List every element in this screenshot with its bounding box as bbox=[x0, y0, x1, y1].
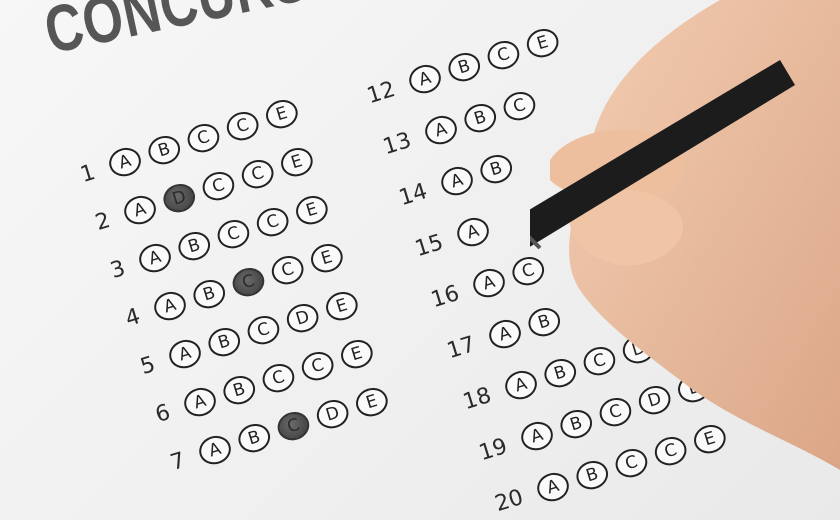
answer-bubble-a[interactable]: A bbox=[486, 316, 525, 352]
answer-sheet: CONCURSO P 1ABCCE2ADCCE3ABCCE4ABCCE5ABCD… bbox=[0, 0, 840, 520]
answer-bubble-d[interactable]: D bbox=[283, 300, 322, 336]
answer-bubble-e[interactable]: E bbox=[307, 240, 346, 276]
question-number: 1 bbox=[56, 160, 98, 194]
answer-bubble-e[interactable]: E bbox=[322, 288, 361, 324]
answer-bubble-a[interactable]: A bbox=[151, 288, 190, 324]
answer-bubble-c[interactable]: C bbox=[184, 120, 223, 156]
answer-bubble-a[interactable]: A bbox=[196, 432, 235, 468]
question-number: 15 bbox=[404, 230, 446, 264]
sheet-title: CONCURSO P bbox=[38, 0, 403, 68]
answer-bubble-b[interactable]: B bbox=[145, 132, 184, 168]
question-number: 7 bbox=[146, 448, 188, 482]
question-number: 12 bbox=[356, 77, 398, 111]
answer-bubble-a[interactable]: A bbox=[106, 144, 145, 180]
answer-bubble-c[interactable]: C bbox=[238, 156, 277, 192]
answer-bubble-a[interactable]: A bbox=[166, 336, 205, 372]
answer-bubble-b[interactable]: B bbox=[175, 228, 214, 264]
answer-bubble-e[interactable]: E bbox=[352, 384, 391, 420]
answer-bubble-c[interactable]: C bbox=[229, 264, 268, 300]
answer-bubble-b[interactable]: B bbox=[190, 276, 229, 312]
answer-bubble-c[interactable]: C bbox=[253, 204, 292, 240]
question-number: 19 bbox=[468, 434, 510, 468]
answer-bubble-b[interactable]: B bbox=[477, 151, 516, 187]
answer-bubble-e[interactable]: E bbox=[337, 336, 376, 372]
answer-bubble-b[interactable]: B bbox=[461, 100, 500, 136]
answer-bubble-b[interactable]: B bbox=[235, 420, 274, 456]
answer-bubble-a[interactable]: A bbox=[438, 163, 477, 199]
answer-bubble-a[interactable]: A bbox=[406, 61, 445, 97]
question-number: 17 bbox=[436, 332, 478, 366]
answer-bubble-c[interactable]: C bbox=[223, 108, 262, 144]
answer-bubble-c[interactable]: C bbox=[298, 348, 337, 384]
question-number: 2 bbox=[71, 208, 113, 242]
answer-bubble-a[interactable]: A bbox=[181, 384, 220, 420]
question-number: 5 bbox=[116, 352, 158, 386]
answer-bubble-e[interactable]: E bbox=[292, 192, 331, 228]
answer-bubble-b[interactable]: B bbox=[445, 49, 484, 85]
answer-bubble-e[interactable]: E bbox=[262, 96, 301, 132]
answer-bubble-c[interactable]: C bbox=[244, 312, 283, 348]
answer-bubble-d[interactable]: D bbox=[313, 396, 352, 432]
answer-bubble-c[interactable]: C bbox=[214, 216, 253, 252]
question-number: 6 bbox=[131, 400, 173, 434]
answer-bubble-a[interactable]: A bbox=[470, 265, 509, 301]
question-number: 16 bbox=[420, 281, 462, 315]
question-row: 14AB bbox=[388, 148, 524, 214]
answer-bubble-a[interactable]: A bbox=[121, 192, 160, 228]
answer-bubble-c[interactable]: C bbox=[199, 168, 238, 204]
answer-bubble-a[interactable]: A bbox=[136, 240, 175, 276]
answer-bubble-c[interactable]: C bbox=[268, 252, 307, 288]
question-number: 14 bbox=[388, 179, 430, 213]
answer-bubble-d[interactable]: D bbox=[160, 180, 199, 216]
question-row: 15A bbox=[404, 211, 501, 265]
answer-bubble-e[interactable]: E bbox=[277, 144, 316, 180]
answer-bubble-a[interactable]: A bbox=[422, 112, 461, 148]
answer-bubble-c[interactable]: C bbox=[274, 408, 313, 444]
answer-bubble-b[interactable]: B bbox=[205, 324, 244, 360]
answer-bubble-b[interactable]: B bbox=[220, 372, 259, 408]
question-number: 20 bbox=[484, 485, 526, 519]
answer-bubble-a[interactable]: A bbox=[454, 214, 493, 250]
question-number: 3 bbox=[86, 256, 128, 290]
answer-bubble-c[interactable]: C bbox=[259, 360, 298, 396]
hand-holding-pen bbox=[530, 0, 840, 520]
question-number: 4 bbox=[101, 304, 143, 338]
question-number: 18 bbox=[452, 383, 494, 417]
question-number: 13 bbox=[372, 128, 414, 162]
answer-bubble-c[interactable]: C bbox=[484, 37, 523, 73]
